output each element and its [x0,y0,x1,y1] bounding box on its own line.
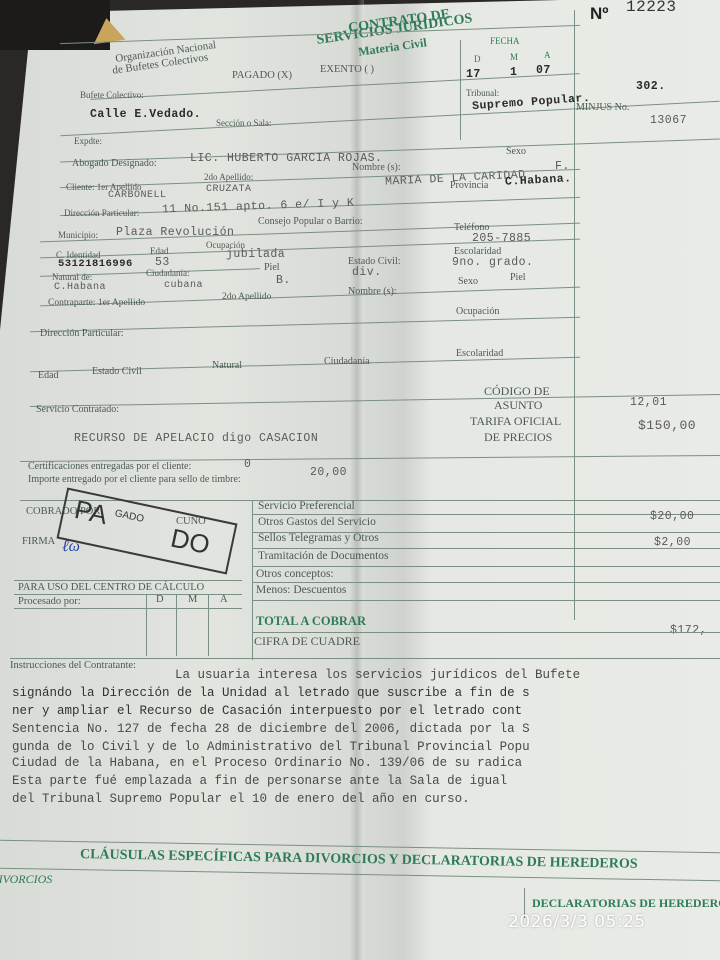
codigo-value: 12,01 [630,396,667,409]
tarifa-label-1: TARIFA OFICIAL [470,414,561,429]
contraparte-nombre-label: Nombre (s): [348,286,397,297]
charge-item: Servicio Preferencial [258,500,355,512]
municipio-label: Municipio: [58,230,98,240]
importe-label: Importe entregado por el cliente para se… [28,474,241,485]
tribunal-label: Tribunal: [466,88,499,98]
charge-item: Sellos Telegramas y Otros [258,532,379,544]
centro-label: PARA USO DEL CENTRO DE CÁLCULO [18,582,204,593]
fecha-col-a: A [544,50,551,60]
escolaridad-value: 9no. grado. [452,256,533,269]
fecha-col-m: M [510,52,518,62]
minjus-label: MINJUS No. [576,102,629,113]
charge-item: Otros Gastos del Servicio [258,516,376,528]
edad-label: Edad [150,246,169,256]
contraparte-natural-label: Natural [212,360,242,371]
identidad-value: 53121816996 [58,258,133,270]
piel-label: Piel [264,262,280,273]
ciudadania-value: cubana [164,280,203,291]
natural-label: Natural de: [52,272,92,282]
tribunal-code: 302. [636,80,666,93]
fecha-col-d: D [474,54,481,64]
contraparte-apellido2-label: 2do Apellido [222,292,271,302]
municipio-value: Plaza Revolución [116,226,234,239]
charge-item: Tramitación de Documentos [258,550,389,562]
rule [176,594,177,656]
contraparte-label: Contraparte: 1er Apellido [48,298,145,308]
rule [10,658,720,659]
declaratorias-heading: DECLARATORIAS DE HEREDEROS [532,896,720,911]
nombre-label: Nombre (s): [352,162,401,173]
consejo-label: Consejo Popular o Barrio: [258,216,363,227]
charge-item: Menos: Descuentos [256,584,346,596]
rule [14,580,242,581]
total-label: TOTAL A COBRAR [256,614,366,629]
rule [252,548,720,549]
procesado-col-m: M [188,594,197,605]
bufete-value: Calle E.Vedado. [90,108,201,121]
charge-item: Otros conceptos: [256,568,334,580]
minjus-value: 13067 [650,114,687,127]
pagado-label: PAGADO (X) [232,70,292,81]
servicio-value: RECURSO DE APELACIO digo CASACION [74,432,318,445]
cifra-label: CIFRA DE CUADRE [254,634,360,649]
certificaciones-value: 0 [244,458,251,471]
sexo-value: F. [555,160,570,173]
servicio-label: Servicio Contratado: [36,404,119,415]
ciudadania-label: Ciudadanía: [146,268,190,278]
tarifa-label-2: DE PRECIOS [484,430,552,445]
paper-fold [350,0,364,960]
abogado-label: Abogado Designado: [72,158,157,169]
contraparte-ocupacion-label: Ocupación [456,306,499,317]
codigo-label-2: ASUNTO [494,398,542,413]
importe-value: 20,00 [310,466,347,479]
contract-number-label: Nº [590,4,609,24]
codigo-label-1: CÓDIGO DE [484,384,550,399]
apellido2-label: 2do Apellido: [204,172,253,182]
signature: ℓω [62,538,80,556]
natural-value: C.Habana [54,282,106,293]
exento-label: EXENTO ( ) [320,64,374,75]
telefono-value: 205-7885 [472,232,531,245]
divorcios-heading: DIVORCIOS [0,872,52,887]
total-value: $172, [670,624,707,637]
rule [252,566,720,567]
ocupacion-value: jubilada [226,248,285,261]
tape-piece [90,16,125,44]
sexo-label: Sexo [506,146,526,157]
contraparte-direccion-label: Dirección Particular: [40,328,124,339]
rule [252,582,720,583]
piel-value: B. [276,274,291,287]
contract-number: 12223 [626,0,677,16]
bufete-label: Bufete Colectivo: [80,90,144,100]
contraparte-piel-label: Piel [510,272,526,283]
rule [208,594,209,656]
seccion-label: Sección o Sala: [216,118,272,128]
rule [252,500,253,660]
expdte-label: Expdte: [74,136,102,146]
instructions-label: Instrucciones del Contratante: [10,660,136,671]
direccion-label: Dirección Particular: [64,208,139,218]
certificaciones-label: Certificaciones entregadas por el client… [28,461,191,472]
rule [146,594,147,656]
cliente-apellido1-value: CARBONELL [108,190,167,201]
tarifa-value: $150,00 [638,418,696,433]
firma-label: FIRMA [22,536,55,547]
rule [252,632,720,633]
contraparte-edad-label: Edad [38,370,59,381]
provincia-label: Provincia [450,180,488,191]
procesado-col-a: A [220,594,228,605]
photo-timestamp: 2026/3/3 05:25 [508,912,646,932]
estado-civil-value: div. [352,266,382,279]
procesado-col-d: D [156,594,164,605]
rule [460,40,461,140]
apellido2-value: CRUZATA [206,184,252,195]
contraparte-estado-civil-label: Estado Civil [92,366,142,377]
charge-value: $20,00 [650,510,694,523]
contraparte-sexo-label: Sexo [458,276,478,287]
rule [252,600,720,601]
fecha-label: FECHA [490,36,520,46]
procesado-label: Procesado por: [18,596,81,607]
contraparte-escolaridad-label: Escolaridad [456,348,503,359]
contraparte-ciudadania-label: Ciudadanía [324,356,370,367]
